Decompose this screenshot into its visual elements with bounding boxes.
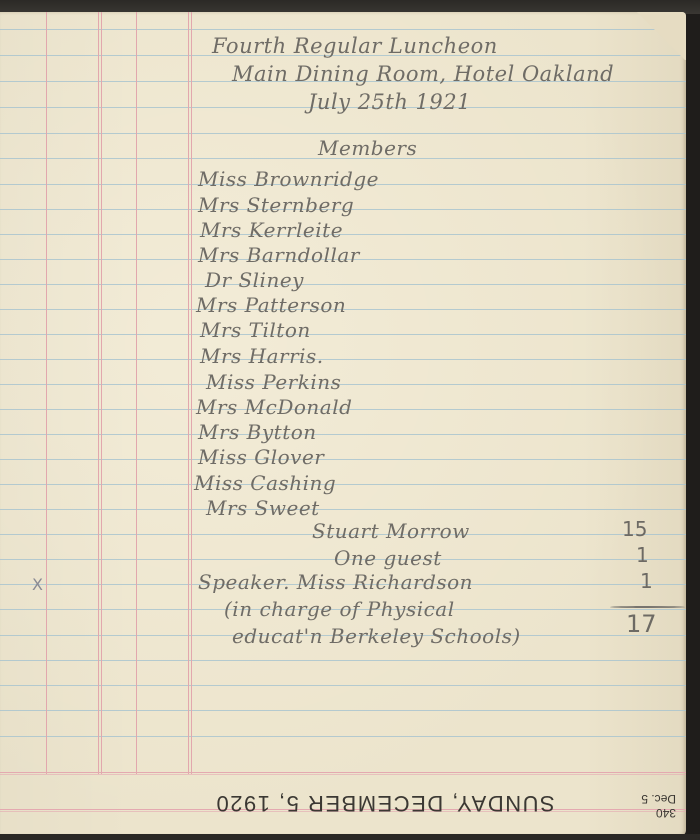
member-name: Mrs Bytton (198, 420, 317, 444)
ledger-page: Fourth Regular Luncheon Main Dining Room… (0, 12, 686, 836)
printed-date: SUNDAY, DECEMBER 5, 1920 (215, 790, 555, 816)
heading-title: Fourth Regular Luncheon (212, 34, 498, 58)
member-name: Mrs Barndollar (198, 243, 360, 267)
member-name: Mrs McDonald (196, 395, 352, 419)
page-number: 340 (632, 806, 676, 820)
folded-corner (626, 12, 686, 60)
rule-line (0, 710, 686, 711)
member-name: Mrs Sweet (206, 496, 320, 520)
tally-guest: 1 (636, 543, 649, 567)
member-name: Mrs Sternberg (198, 193, 354, 217)
guest-line: One guest (334, 546, 442, 570)
rule-line (0, 359, 686, 360)
member-name: Miss Cashing (194, 471, 336, 495)
rule-line (0, 660, 686, 661)
member-name: Mrs Harris. (200, 344, 324, 368)
tally-speaker: 1 (640, 569, 653, 593)
member-name: Mrs Tilton (200, 318, 311, 342)
rule-line (0, 484, 686, 485)
member-name: Miss Brownridge (198, 167, 379, 191)
footer-rule-top (0, 772, 686, 773)
heading-date: July 25th 1921 (308, 90, 471, 114)
margin-x-mark: X (32, 575, 43, 594)
member-name: Miss Perkins (206, 370, 341, 394)
rule-line (0, 509, 686, 510)
printed-page-number: 340 Dec. 5 (632, 792, 676, 820)
column-rule (136, 12, 137, 774)
rule-line (0, 334, 686, 335)
column-rule (46, 12, 47, 774)
rule-line (0, 133, 686, 134)
tally-total: 17 (626, 610, 657, 638)
rule-line (0, 434, 686, 435)
member-name: Miss Glover (198, 445, 324, 469)
column-rule (188, 12, 189, 774)
rule-line (0, 459, 686, 460)
members-label: Members (318, 136, 417, 160)
speaker-description: (in charge of Physical (224, 597, 455, 621)
column-rule (98, 12, 99, 774)
member-name: Mrs Patterson (196, 293, 346, 317)
member-name: Mrs Kerrleite (200, 218, 343, 242)
binding-edge-bottom (0, 834, 700, 840)
speaker-affiliation: educat'n Berkeley Schools) (232, 624, 521, 648)
extra-attendee: Stuart Morrow (312, 519, 470, 543)
rule-line (0, 736, 686, 737)
speaker-line: Speaker. Miss Richardson (198, 570, 473, 594)
sum-line (610, 606, 685, 608)
rule-line (0, 685, 686, 686)
member-name: Dr Sliney (205, 268, 304, 292)
tally-members: 15 (622, 517, 647, 541)
rule-line (0, 29, 686, 30)
rule-line (0, 384, 686, 385)
short-date: Dec. 5 (632, 792, 676, 806)
heading-location: Main Dining Room, Hotel Oakland (232, 62, 614, 86)
rule-line (0, 284, 686, 285)
